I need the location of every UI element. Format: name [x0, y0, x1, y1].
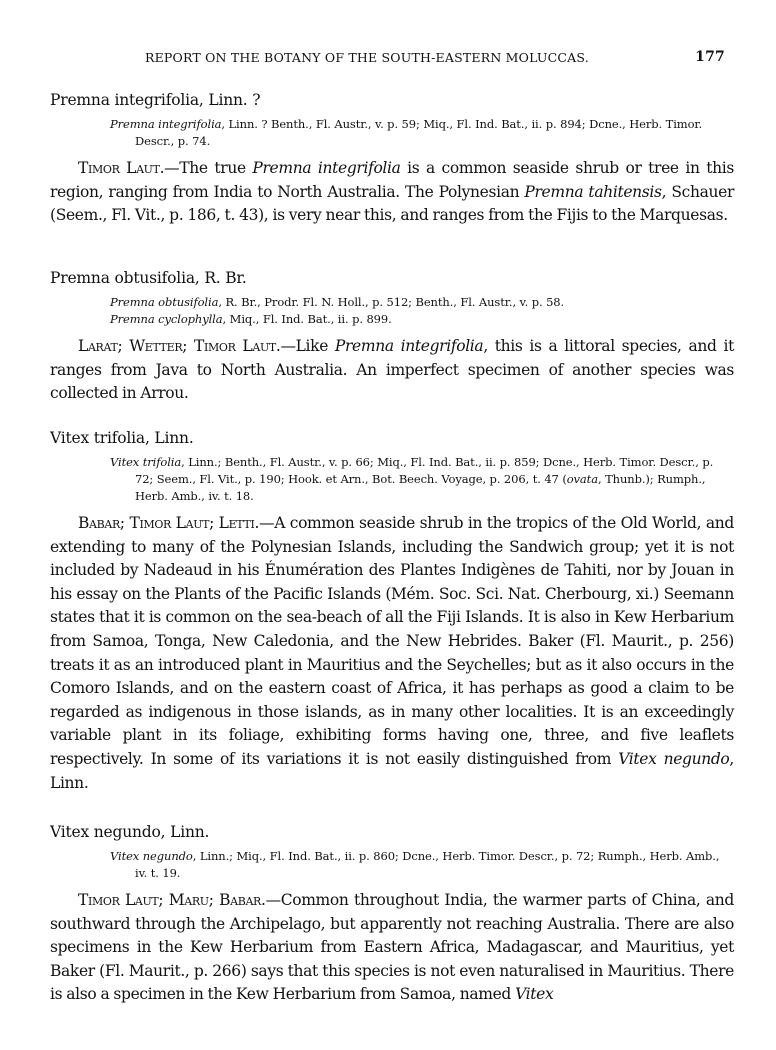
synonym-name: Vitex negundo — [110, 849, 193, 863]
synonymy: Vitex trifolia, Linn.; Benth., Fl. Austr… — [110, 454, 734, 505]
synonym-citation: , Miq., Fl. Ind. Bat., ii. p. 899. — [223, 312, 392, 326]
localities: Timor Laut. — [78, 159, 164, 177]
localities: Timor Laut; Maru; Babar. — [78, 891, 266, 909]
synonym-citation: , Linn. ? Benth., Fl. Austr., v. p. 59; … — [135, 117, 702, 148]
species-description: Larat; Wetter; Timor Laut.—Like Premna i… — [50, 335, 734, 406]
localities: Larat; Wetter; Timor Laut. — [78, 337, 280, 355]
synonymy: Premna obtusifolia, R. Br., Prodr. Fl. N… — [110, 294, 734, 328]
synonym-line: Premna integrifolia, Linn. ? Benth., Fl.… — [135, 116, 734, 150]
synonym-citation: , Linn.; Miq., Fl. Ind. Bat., ii. p. 860… — [135, 849, 719, 880]
synonym-line: Premna obtusifolia, R. Br., Prodr. Fl. N… — [135, 294, 734, 311]
synonym-name: ovata — [567, 472, 598, 486]
running-head-title: REPORT ON THE BOTANY OF THE SOUTH-EASTER… — [145, 50, 589, 65]
synonym-line: Vitex trifolia, Linn.; Benth., Fl. Austr… — [135, 454, 734, 505]
species-description: Timor Laut; Maru; Babar.—Common througho… — [50, 889, 734, 1007]
document-page: REPORT ON THE BOTANY OF THE SOUTH-EASTER… — [0, 0, 776, 1050]
species-entry: Premna integrifolia, Linn. ? Premna inte… — [50, 90, 734, 228]
species-heading: Vitex negundo, Linn. — [50, 822, 734, 842]
synonym-name: Premna cyclophylla — [110, 312, 223, 326]
synonym-name: Premna obtusifolia — [110, 295, 218, 309]
species-description: Babar; Timor Laut; Letti.—A common seasi… — [50, 512, 734, 795]
page-number: 177 — [695, 49, 725, 65]
synonym-name: Vitex trifolia — [110, 455, 181, 469]
synonym-line: Vitex negundo, Linn.; Miq., Fl. Ind. Bat… — [135, 848, 734, 882]
species-entry: Vitex negundo, Linn. Vitex negundo, Linn… — [50, 822, 734, 1007]
synonym-name: Premna integrifolia — [110, 117, 221, 131]
synonym-citation: , R. Br., Prodr. Fl. N. Holl., p. 512; B… — [218, 295, 564, 309]
synonymy: Premna integrifolia, Linn. ? Benth., Fl.… — [110, 116, 734, 150]
synonym-line: Premna cyclophylla, Miq., Fl. Ind. Bat.,… — [135, 311, 734, 328]
species-heading: Premna integrifolia, Linn. ? — [50, 90, 734, 110]
species-heading: Premna obtusifolia, R. Br. — [50, 268, 734, 288]
species-entry: Vitex trifolia, Linn. Vitex trifolia, Li… — [50, 428, 734, 795]
species-description: Timor Laut.—The true Premna integrifolia… — [50, 157, 734, 228]
synonymy: Vitex negundo, Linn.; Miq., Fl. Ind. Bat… — [110, 848, 734, 882]
localities: Babar; Timor Laut; Letti. — [78, 514, 259, 532]
species-heading: Vitex trifolia, Linn. — [50, 428, 734, 448]
species-entry: Premna obtusifolia, R. Br. Premna obtusi… — [50, 268, 734, 406]
